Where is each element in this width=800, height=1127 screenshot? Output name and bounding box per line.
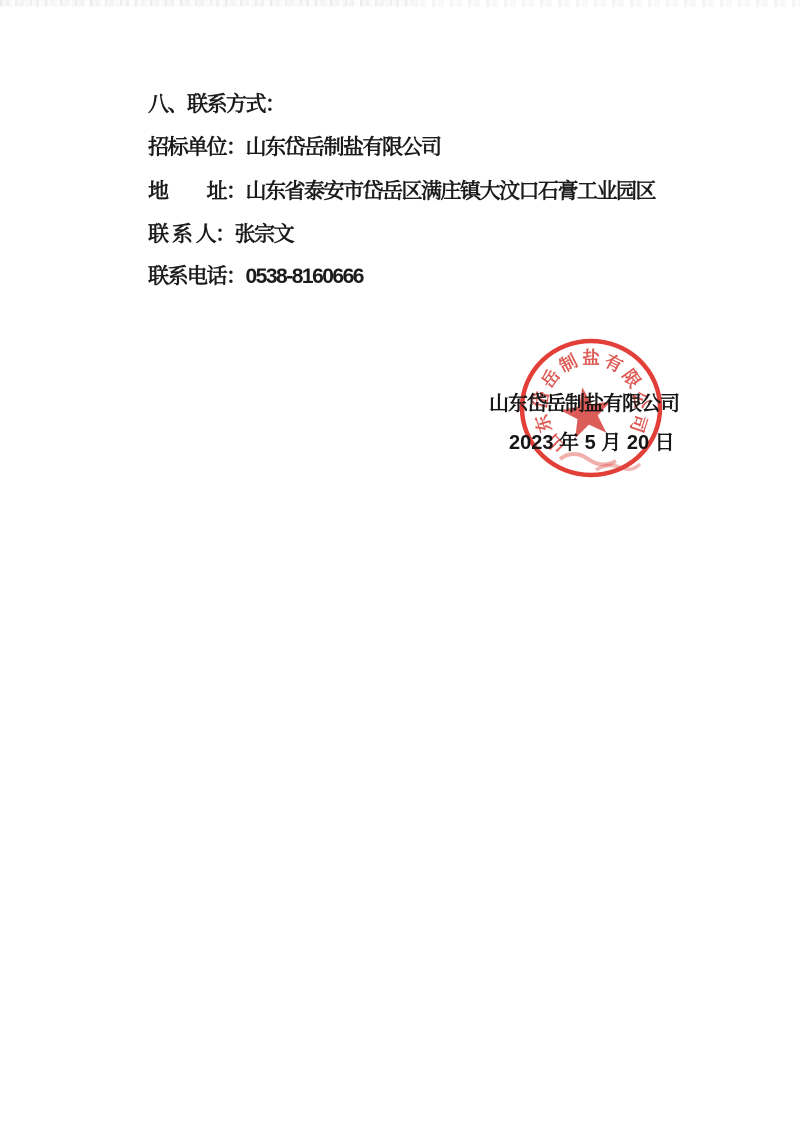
section-heading: 八、联系方式： — [148, 88, 285, 118]
field-value: 山东岱岳制盐有限公司 — [246, 136, 441, 159]
field-label: 联系电话： — [148, 265, 246, 288]
field-value: 山东省泰安市岱岳区满庄镇大汶口石膏工业园区 — [246, 180, 656, 203]
document-page: 八、联系方式： 招标单位：山东岱岳制盐有限公司 地 址：山东省泰安市岱岳区满庄镇… — [0, 0, 800, 1127]
field-contact-phone: 联系电话：0538-8160666 — [148, 260, 363, 290]
scan-artifact-top-left — [0, 0, 416, 6]
field-tender-unit: 招标单位：山东岱岳制盐有限公司 — [148, 131, 441, 161]
field-contact-person: 联 系 人：张宗文 — [148, 218, 293, 248]
svg-text:制: 制 — [556, 351, 581, 377]
svg-text:盐: 盐 — [582, 348, 600, 368]
seal-smudge — [560, 454, 616, 465]
field-label: 地 址： — [148, 180, 246, 203]
svg-text:有: 有 — [601, 351, 626, 377]
field-label: 联 系 人： — [148, 223, 235, 246]
field-address: 地 址：山东省泰安市岱岳区满庄镇大汶口石膏工业园区 — [148, 175, 655, 205]
signature-date: 2023 年 5 月 20 日 — [509, 426, 675, 455]
field-value: 张宗文 — [235, 223, 294, 246]
field-label: 招标单位： — [148, 136, 246, 159]
field-value: 0538-8160666 — [246, 265, 363, 288]
signature-company: 山东岱岳制盐有限公司 — [489, 387, 679, 416]
